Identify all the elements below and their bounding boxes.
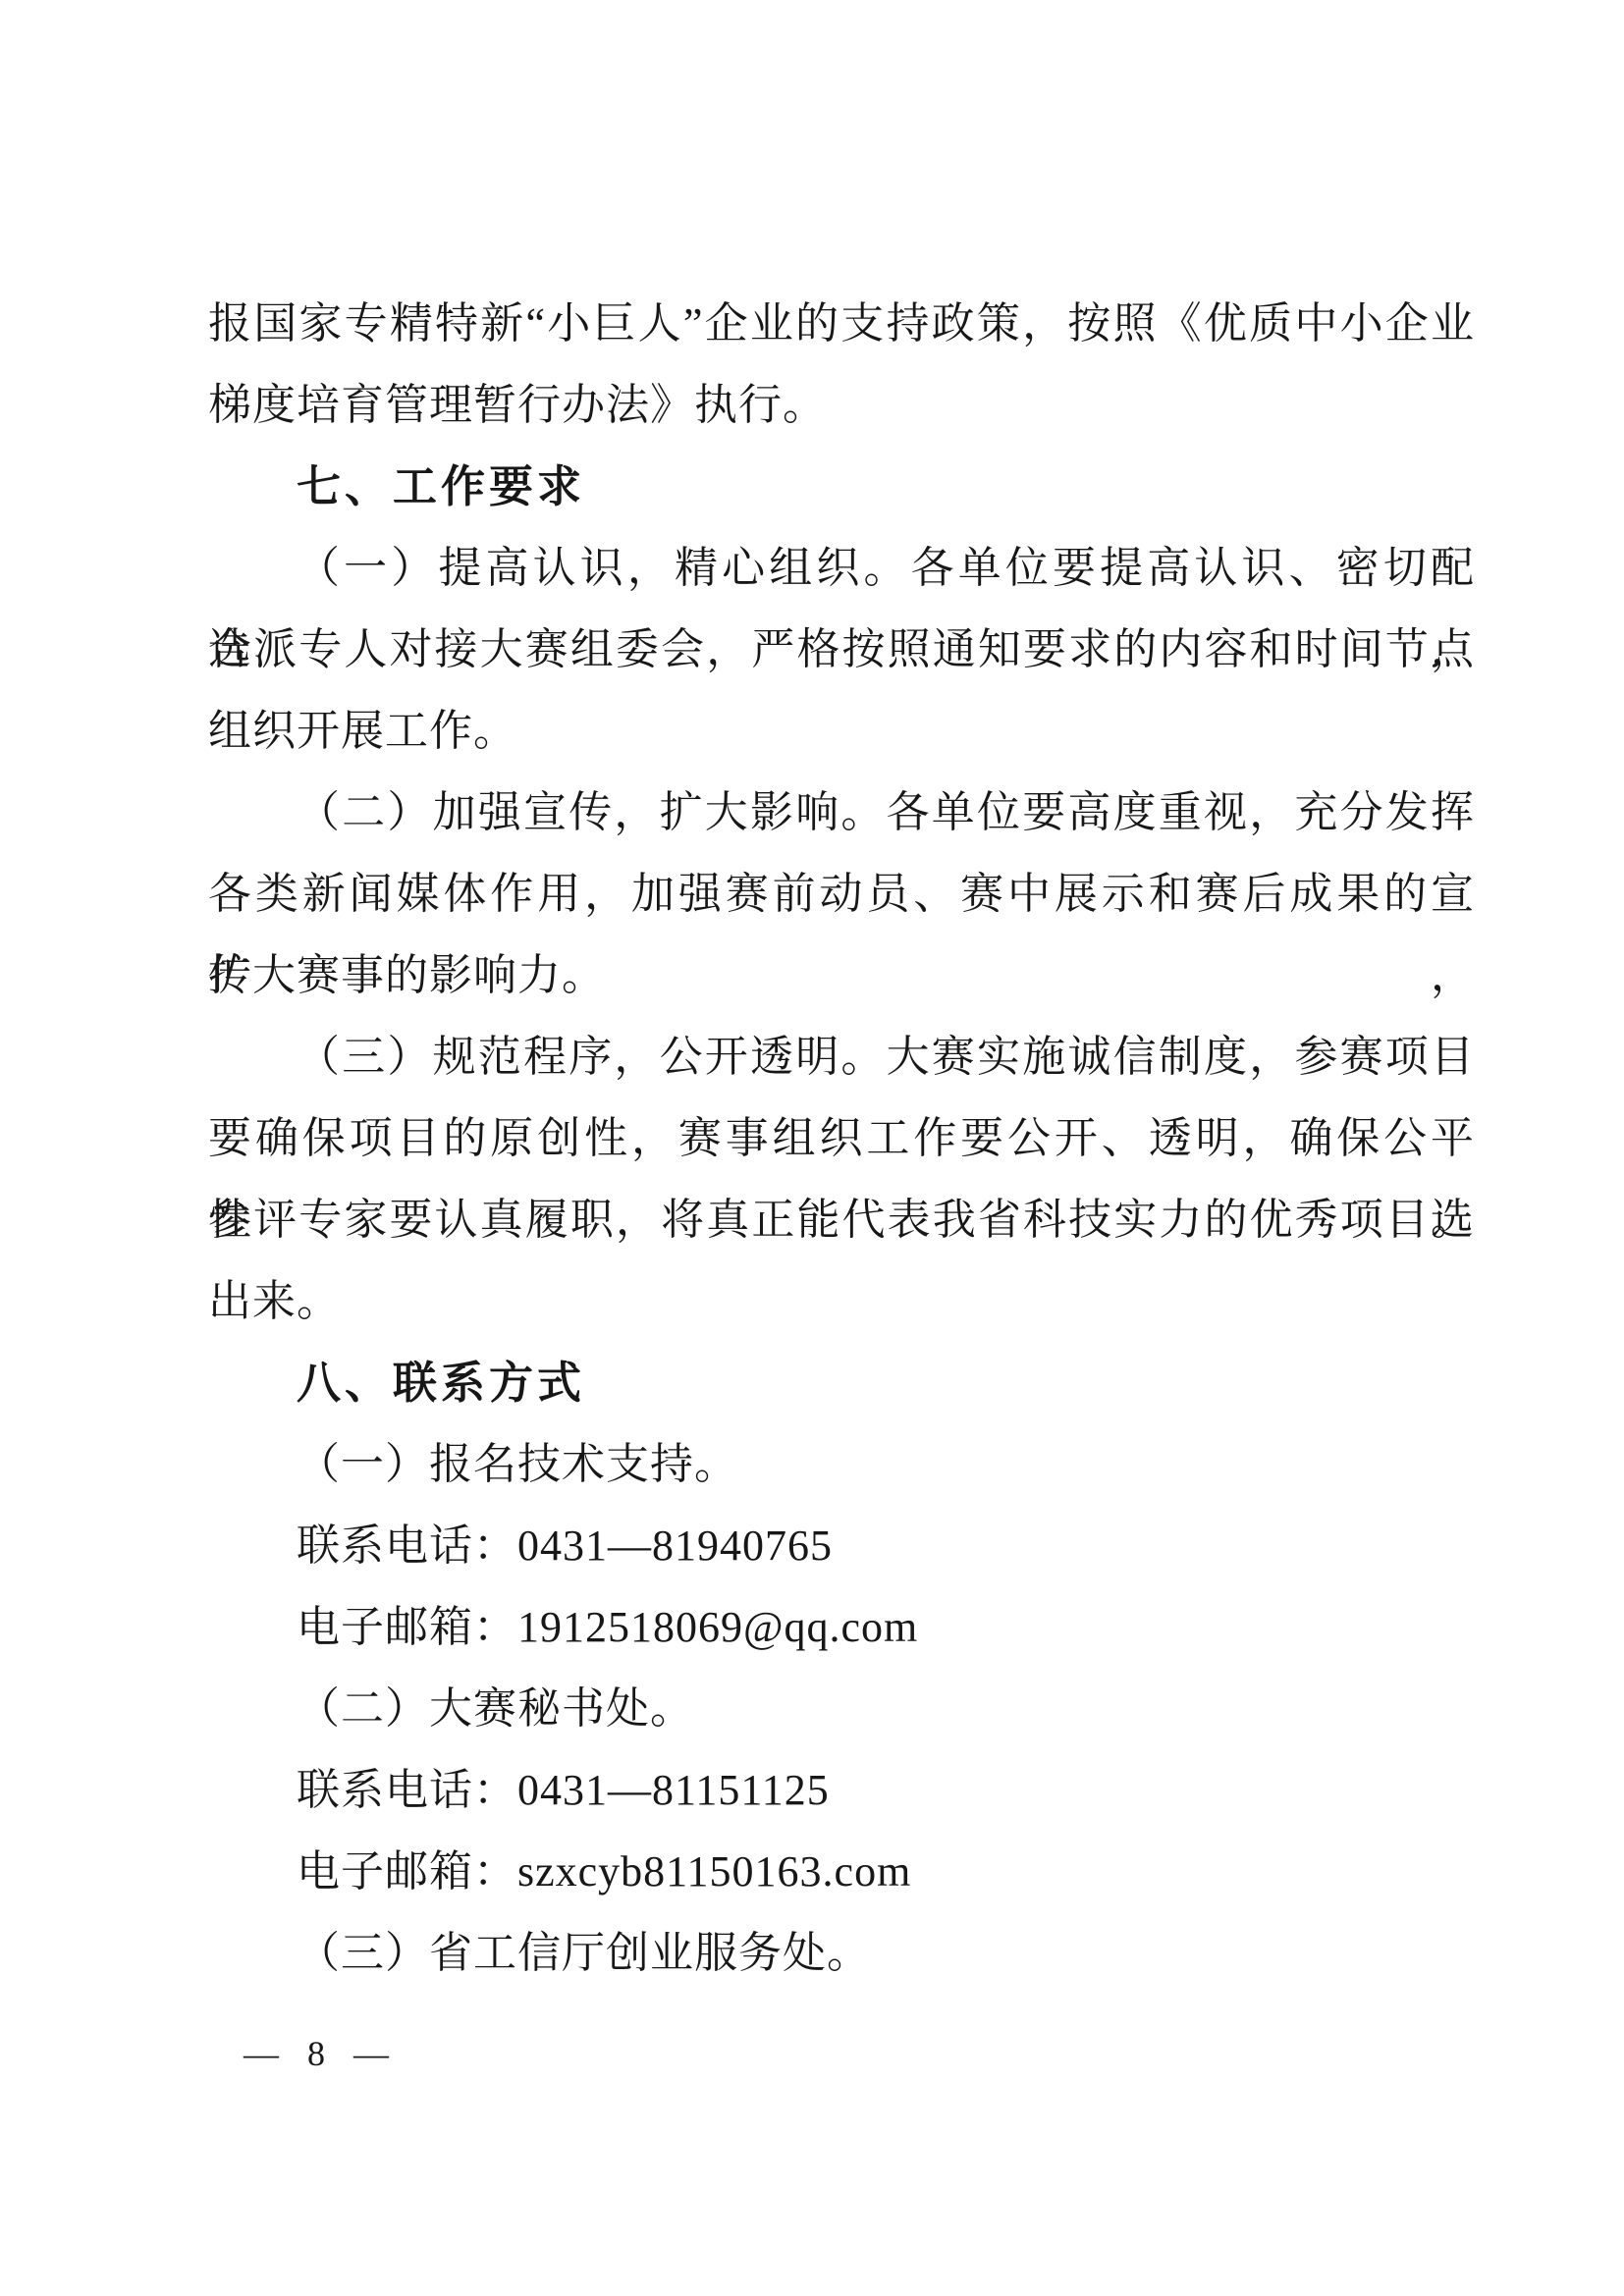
section-heading-work-requirements: 七、工作要求 xyxy=(208,446,1475,527)
work-item-2-line-1: （二）加强宣传，扩大影响。各单位要高度重视，充分发挥 xyxy=(208,772,1475,853)
contact-item-2-phone: 联系电话：0431—81151125 xyxy=(208,1749,1475,1831)
contact-item-2-email: 电子邮箱：szxcyb81150163.com xyxy=(208,1831,1475,1912)
work-item-3-line-2: 要确保项目的原创性，赛事组织工作要公开、透明，确保公平性。 xyxy=(208,1097,1475,1179)
paragraph-continuation-line: 报国家专精特新“小巨人”企业的支持政策，按照《优质中小企业 xyxy=(208,283,1475,364)
work-item-3-line-3: 参评专家要认真履职，将真正能代表我省科技实力的优秀项目选 xyxy=(208,1179,1475,1260)
work-item-1-line-1: （一）提高认识，精心组织。各单位要提高认识、密切配合， xyxy=(208,527,1475,609)
contact-item-1-email: 电子邮箱：1912518069@qq.com xyxy=(208,1586,1475,1668)
document-page: 报国家专精特新“小巨人”企业的支持政策，按照《优质中小企业 梯度培育管理暂行办法… xyxy=(0,0,1624,2296)
contact-item-3-title: （三）省工信厅创业服务处。 xyxy=(208,1912,1475,1994)
contact-item-1-title: （一）报名技术支持。 xyxy=(208,1423,1475,1505)
work-item-1-line-3: 组织开展工作。 xyxy=(208,690,1475,772)
contact-item-1-phone: 联系电话：0431—81940765 xyxy=(208,1505,1475,1586)
work-item-3-line-1: （三）规范程序，公开透明。大赛实施诚信制度，参赛项目 xyxy=(208,1016,1475,1097)
work-item-1-line-2: 选派专人对接大赛组委会，严格按照通知要求的内容和时间节点 xyxy=(208,609,1475,690)
page-number: — 8 — xyxy=(244,2024,391,2083)
work-item-2-line-2: 各类新闻媒体作用，加强赛前动员、赛中展示和赛后成果的宣传， xyxy=(208,853,1475,934)
paragraph-end-line: 梯度培育管理暂行办法》执行。 xyxy=(208,364,1475,446)
document-body: 报国家专精特新“小巨人”企业的支持政策，按照《优质中小企业 梯度培育管理暂行办法… xyxy=(208,283,1475,1994)
section-heading-contact-info: 八、联系方式 xyxy=(208,1342,1475,1423)
work-item-3-line-4: 出来。 xyxy=(208,1260,1475,1342)
contact-item-2-title: （二）大赛秘书处。 xyxy=(208,1668,1475,1749)
